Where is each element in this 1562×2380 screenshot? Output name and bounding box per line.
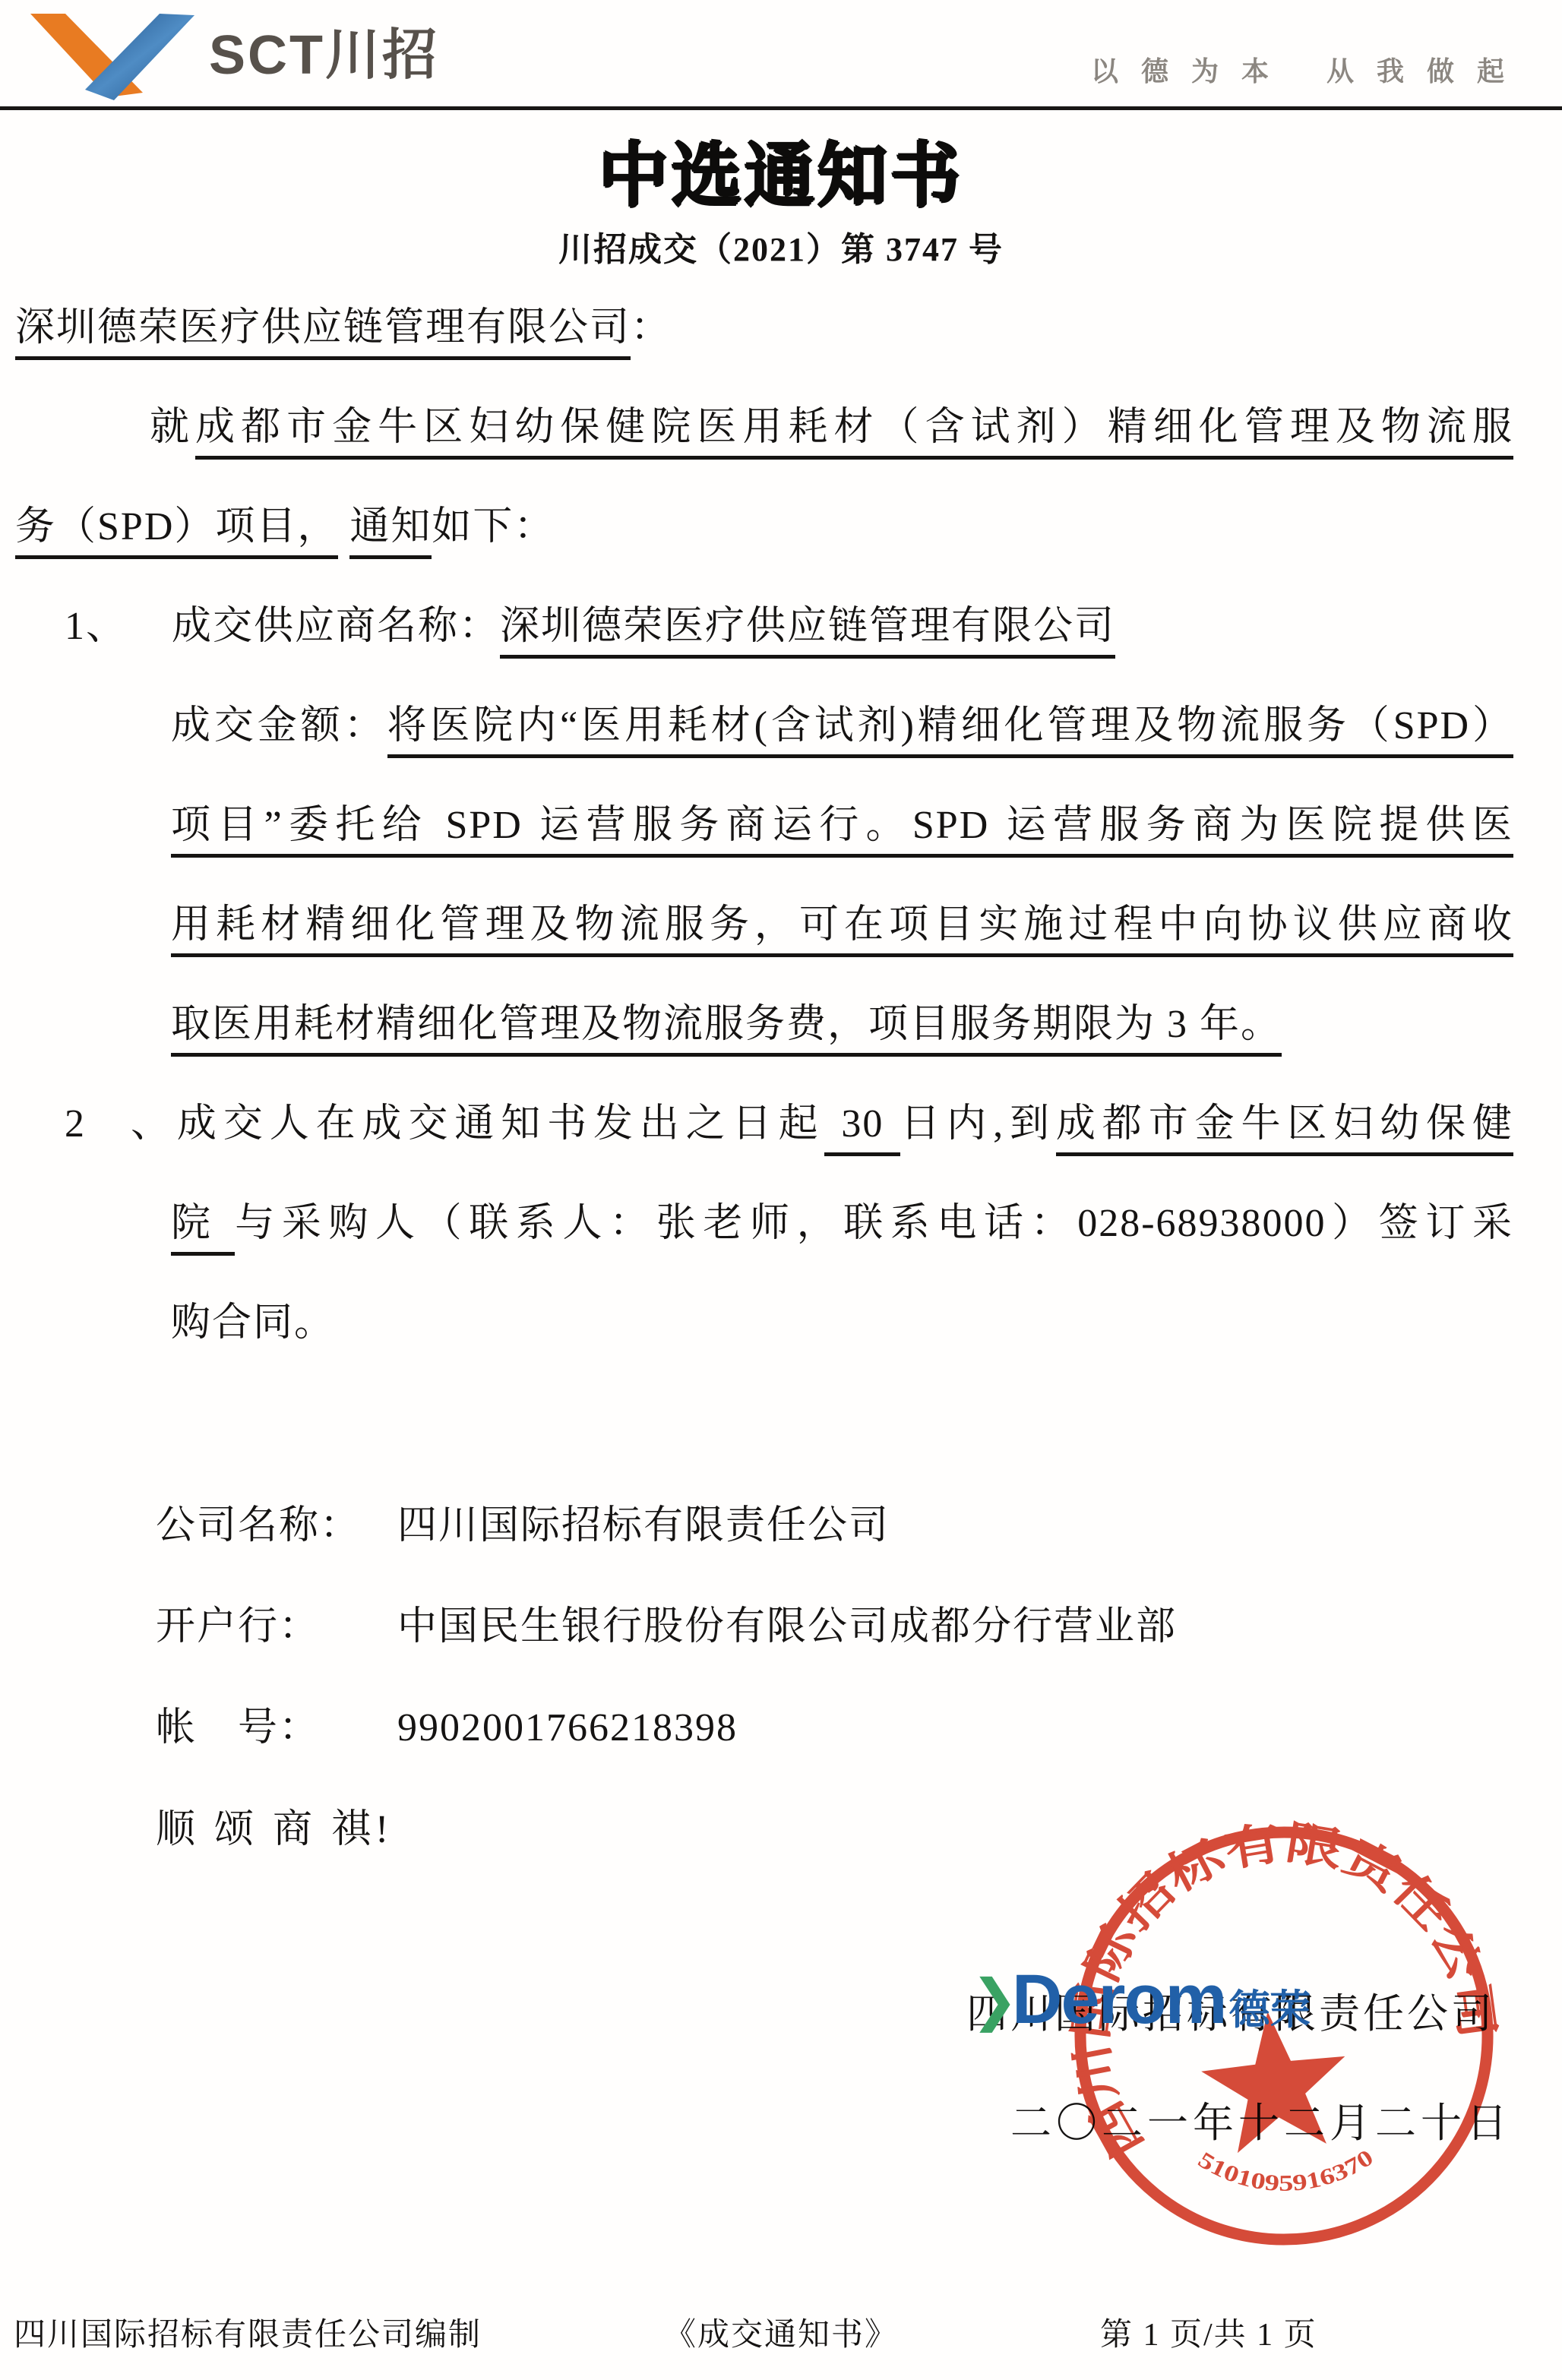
body-line: 成交金额：将医院内“医用耗材(含试剂)精细化管理及物流服务（SPD） — [15, 676, 1513, 776]
closing-phrase: 顺 颂 商 祺! — [156, 1779, 393, 1880]
info-row: 开户行：中国民生银行股份有限公司成都分行营业部 — [156, 1576, 1177, 1677]
text-segment: 购合同。 — [171, 1301, 335, 1345]
text-segment: 务（SPD）项目， — [15, 505, 338, 559]
chevron-icon: ❯ — [971, 1968, 1018, 2033]
doc-title: 中选通知书 — [0, 120, 1562, 220]
line-number: 2、 — [65, 1074, 172, 1174]
company-logo: SCT川招 — [17, 8, 439, 103]
body-line: 用耗材精细化管理及物流服务，可在项目实施过程中向协议供应商收 — [15, 875, 1513, 975]
body-line: 购合同。 — [15, 1273, 1513, 1373]
text-segment: 成交人在成交通知书发出之日起 — [172, 1102, 824, 1146]
text-segment: 用耗材精细化管理及物流服务，可在项目实施过程中向协议供应商收 — [171, 903, 1513, 957]
text-segment: ： — [631, 306, 672, 349]
body-line: 就成都市金牛区妇幼保健院医用耗材（含试剂）精细化管理及物流服 — [15, 378, 1513, 477]
body-line: 项目”委托给 SPD 运营服务商运行。SPD 运营服务商为医院提供医 — [15, 776, 1513, 875]
text-segment: 取医用耗材精细化管理及物流服务费，项目服务期限为 3 年。 — [171, 1003, 1282, 1057]
text-segment: 深圳德荣医疗供应链管理有限公司 — [500, 605, 1115, 659]
header-rule — [0, 106, 1562, 110]
info-value: 四川国际招标有限责任公司 — [397, 1504, 890, 1547]
body-line: 1、成交供应商名称：深圳德荣医疗供应链管理有限公司 — [15, 577, 1513, 676]
text-segment: 30 — [824, 1102, 900, 1156]
derom-watermark: ❯ Derom 德荣 — [971, 1960, 1311, 2040]
header-slogan: 以 德 为 本 从 我 做 起 — [1091, 50, 1512, 89]
text-segment: 与采购人（联系人：张老师，联系电话：028-68938000）签订采 — [235, 1202, 1513, 1245]
info-label: 公司名称： — [156, 1475, 397, 1576]
body-line: 深圳德荣医疗供应链管理有限公司： — [15, 278, 1513, 378]
text-segment: 成交金额： — [171, 704, 387, 748]
text-segment: 就 — [150, 406, 195, 449]
footer-center: 《成交通知书》 — [0, 2309, 1562, 2355]
text-segment: 如下： — [432, 505, 555, 548]
doc-number: 川招成交（2021）第 3747 号 — [0, 222, 1562, 270]
body-line: 院 与采购人（联系人：张老师，联系电话：028-68938000）签订采 — [15, 1174, 1513, 1273]
body-line: 2、成交人在成交通知书发出之日起 30 日内,到成都市金牛区妇幼保健 — [15, 1074, 1513, 1174]
info-block: 公司名称：四川国际招标有限责任公司开户行：中国民生银行股份有限公司成都分行营业部… — [156, 1475, 1177, 1778]
watermark-cn: 德荣 — [1228, 1977, 1311, 2036]
watermark-name: Derom — [1012, 1960, 1225, 2040]
text-segment: 成都市金牛区妇幼保健院医用耗材（含试剂）精细化管理及物流服 — [195, 406, 1513, 460]
info-label: 开户行： — [156, 1576, 397, 1677]
logo-v-icon — [17, 8, 195, 103]
body: 深圳德荣医疗供应链管理有限公司：就成都市金牛区妇幼保健院医用耗材（含试剂）精细化… — [15, 278, 1513, 1373]
text-segment: 日内,到 — [900, 1102, 1056, 1146]
text-segment: 通知 — [349, 505, 432, 559]
info-value: 中国民生银行股份有限公司成都分行营业部 — [397, 1605, 1177, 1648]
info-label: 帐 号： — [156, 1677, 397, 1778]
line-number: 1、 — [65, 577, 172, 676]
text-segment — [338, 505, 349, 548]
seal-id-number: 5101095916370 — [1191, 2129, 1380, 2206]
text-segment: 成交供应商名称： — [172, 605, 500, 648]
body-line: 务（SPD）项目， 通知如下： — [15, 477, 1513, 577]
text-segment: 将医院内“医用耗材(含试剂)精细化管理及物流服务（SPD） — [387, 704, 1514, 758]
page: SCT川招 以 德 为 本 从 我 做 起 中选通知书 川招成交（2021）第 … — [0, 0, 1562, 2380]
text-segment: 深圳德荣医疗供应链管理有限公司 — [15, 306, 631, 360]
text-segment: 成都市金牛区妇幼保健 — [1056, 1102, 1513, 1156]
body-line: 取医用耗材精细化管理及物流服务费，项目服务期限为 3 年。 — [15, 975, 1513, 1074]
info-row: 帐 号：9902001766218398 — [156, 1677, 1177, 1778]
info-row: 公司名称：四川国际招标有限责任公司 — [156, 1475, 1177, 1576]
text-segment: 院 — [171, 1202, 235, 1256]
info-value: 9902001766218398 — [397, 1706, 738, 1749]
footer-right: 第 1 页/共 1 页 — [1100, 2309, 1317, 2355]
text-segment: 项目”委托给 SPD 运营服务商运行。SPD 运营服务商为医院提供医 — [171, 804, 1513, 858]
logo-text: SCT川招 — [209, 28, 439, 83]
